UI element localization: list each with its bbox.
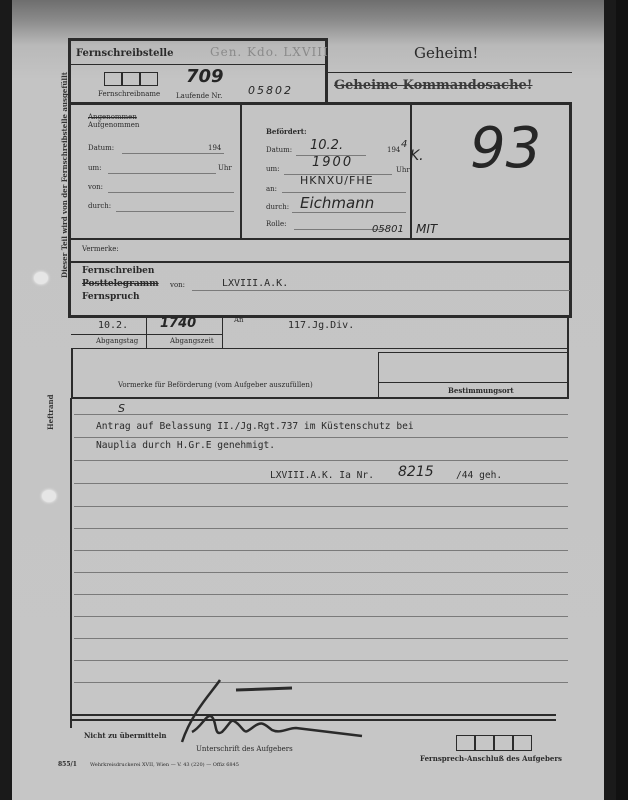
telex-form-page: Dieser Teil wird von der Fernschreibstel… xyxy=(12,0,616,800)
routing-dest-top xyxy=(378,352,568,353)
big-number: 93 xyxy=(470,116,541,181)
reference-number: 8215 xyxy=(398,464,434,480)
name-box-2 xyxy=(122,72,140,86)
message-line-3 xyxy=(74,460,568,461)
from-line xyxy=(192,290,570,291)
running-no-label: Laufende Nr. xyxy=(176,92,222,100)
received-from-label: von: xyxy=(88,183,103,191)
sender-signature xyxy=(172,672,372,752)
dispatch-to-value: 117.Jg.Div. xyxy=(288,320,354,331)
row-divider-upper xyxy=(71,238,571,240)
remarks-divider xyxy=(71,261,571,263)
type-option-phone: Fernspruch xyxy=(82,292,140,302)
routing-divider xyxy=(378,352,379,398)
message-text-line-1: Antrag auf Belassung II./Jg.Rgt.737 im K… xyxy=(96,421,414,432)
message-line-1 xyxy=(74,414,568,415)
classification-divider xyxy=(328,72,572,73)
received-by-line xyxy=(116,211,234,212)
received-year-suffix: 194 xyxy=(208,144,221,152)
name-box-3 xyxy=(140,72,158,86)
message-left-border xyxy=(70,398,72,728)
destination-label: Bestimmungsort xyxy=(448,386,514,395)
col-divider-2 xyxy=(410,105,412,239)
stamp-text: Gen. Kdo. LXVIII xyxy=(210,45,329,59)
routing-left xyxy=(71,348,73,398)
reference-prefix: LXVIII.A.K. Ia Nr. xyxy=(270,470,374,481)
received-title: Aufgenommen xyxy=(88,121,139,129)
received-title-struck: Angenommen xyxy=(88,113,137,121)
routing-dest-mid xyxy=(378,382,568,383)
classification-label: Geheim! xyxy=(414,44,478,62)
name-boxes-label: Fernschreibname xyxy=(98,90,160,98)
frame-top-thick xyxy=(68,38,328,41)
message-line-2 xyxy=(74,437,568,438)
forwarded-to-line xyxy=(282,192,406,193)
received-time-line xyxy=(108,173,216,174)
forwarded-year-hand: 4 xyxy=(401,139,407,150)
main-block-top xyxy=(68,102,571,105)
message-line-12 xyxy=(74,660,568,661)
message-line-5 xyxy=(74,506,568,507)
number-mark-top: K. xyxy=(410,148,424,164)
received-by-label: durch: xyxy=(88,202,111,210)
routing-remarks-label: Vormerke für Beförderung (vom Aufgeber a… xyxy=(118,381,313,389)
remarks-label: Vermerke: xyxy=(82,245,119,253)
forwarded-time-value: 1900 xyxy=(312,155,353,170)
signature-label: Unterschrift des Aufgebers xyxy=(196,745,293,753)
scan-border-left xyxy=(0,0,12,800)
forwarded-to-value: HKNXU/FHE xyxy=(300,174,374,187)
form-id: 855/1 xyxy=(58,761,77,768)
forwarded-by-signature: Eichmann xyxy=(300,194,374,212)
dispatch-divider-1 xyxy=(146,318,147,348)
dispatch-divider-2 xyxy=(222,318,223,348)
running-no-handwritten: 709 xyxy=(186,66,224,87)
received-from-line xyxy=(108,192,234,193)
received-time-label: um: xyxy=(88,164,102,172)
message-line-4 xyxy=(74,483,568,484)
message-mark: S xyxy=(118,402,125,415)
header-divider xyxy=(71,64,326,65)
classification-struck: Geheime Kommandosache! xyxy=(334,78,533,93)
from-value: LXVIII.A.K. xyxy=(222,278,288,289)
message-line-10 xyxy=(74,616,568,617)
station-label: Fernschreibstelle xyxy=(76,48,173,59)
phone-box-3 xyxy=(494,735,513,751)
dispatch-bottom xyxy=(71,348,567,349)
phone-box-4 xyxy=(513,735,532,751)
forwarded-roll-value: 05801 xyxy=(372,224,404,235)
message-line-7 xyxy=(74,550,568,551)
dispatch-time-label: Abgangszeit xyxy=(170,337,214,345)
main-block-bottom xyxy=(68,315,572,318)
dispatch-date-value: 10.2. xyxy=(98,320,128,331)
message-line-11 xyxy=(74,638,568,639)
reference-suffix: /44 geh. xyxy=(456,470,502,481)
forwarded-time-suffix: Uhr xyxy=(396,166,410,174)
forwarded-date-value: 10.2. xyxy=(310,138,343,153)
printer-line: Wehrkreisdruckerei XVII, Wien — V. 43 (2… xyxy=(90,762,239,768)
main-block-right xyxy=(569,102,572,317)
forwarded-to-label: an: xyxy=(266,185,277,193)
running-no-typed: 05802 xyxy=(248,84,293,97)
message-text-line-2: Nauplia durch H.Gr.E genehmigt. xyxy=(96,440,275,451)
message-line-8 xyxy=(74,572,568,573)
forwarded-year-suffix: 194 xyxy=(387,146,400,154)
forwarded-date-label: Datum: xyxy=(266,146,292,154)
punch-hole-bottom xyxy=(42,490,56,502)
message-line-6 xyxy=(74,528,568,529)
forwarded-time-label: um: xyxy=(266,165,280,173)
received-time-suffix: Uhr xyxy=(218,164,232,172)
message-line-9 xyxy=(74,594,568,595)
phone-box-1 xyxy=(456,735,475,751)
from-label: von: xyxy=(170,281,185,289)
phone-label: Fernsprech-Anschluß des Aufgebers xyxy=(420,754,562,763)
frame-left-thick xyxy=(68,38,71,318)
name-box-1 xyxy=(104,72,122,86)
col-divider-1 xyxy=(240,105,242,239)
forwarded-by-line xyxy=(292,212,406,213)
type-option-posttelegram: Posttelegramm xyxy=(82,279,159,289)
routing-bottom xyxy=(71,397,569,399)
dispatch-time-value: 1740 xyxy=(160,316,196,331)
received-date-line xyxy=(122,153,224,154)
phone-box-2 xyxy=(475,735,494,751)
type-option-telex: Fernschreiben xyxy=(82,266,154,276)
forwarded-title: Befördert: xyxy=(266,127,307,136)
heftrand-label: Heftrand xyxy=(46,394,55,430)
punch-hole-top xyxy=(34,272,48,284)
number-mark-bottom: MIT xyxy=(416,222,437,236)
dispatch-label-divider xyxy=(71,334,222,335)
dispatch-to-label: An xyxy=(234,316,244,324)
scan-border-right xyxy=(604,0,616,800)
routing-right xyxy=(567,318,569,398)
forwarded-roll-label: Rolle: xyxy=(266,220,286,228)
dispatch-date-label: Abgangstag xyxy=(96,337,138,345)
do-not-transmit-label: Nicht zu übermitteln xyxy=(84,731,166,740)
forwarded-by-label: durch: xyxy=(266,203,289,211)
received-date-label: Datum: xyxy=(88,144,114,152)
